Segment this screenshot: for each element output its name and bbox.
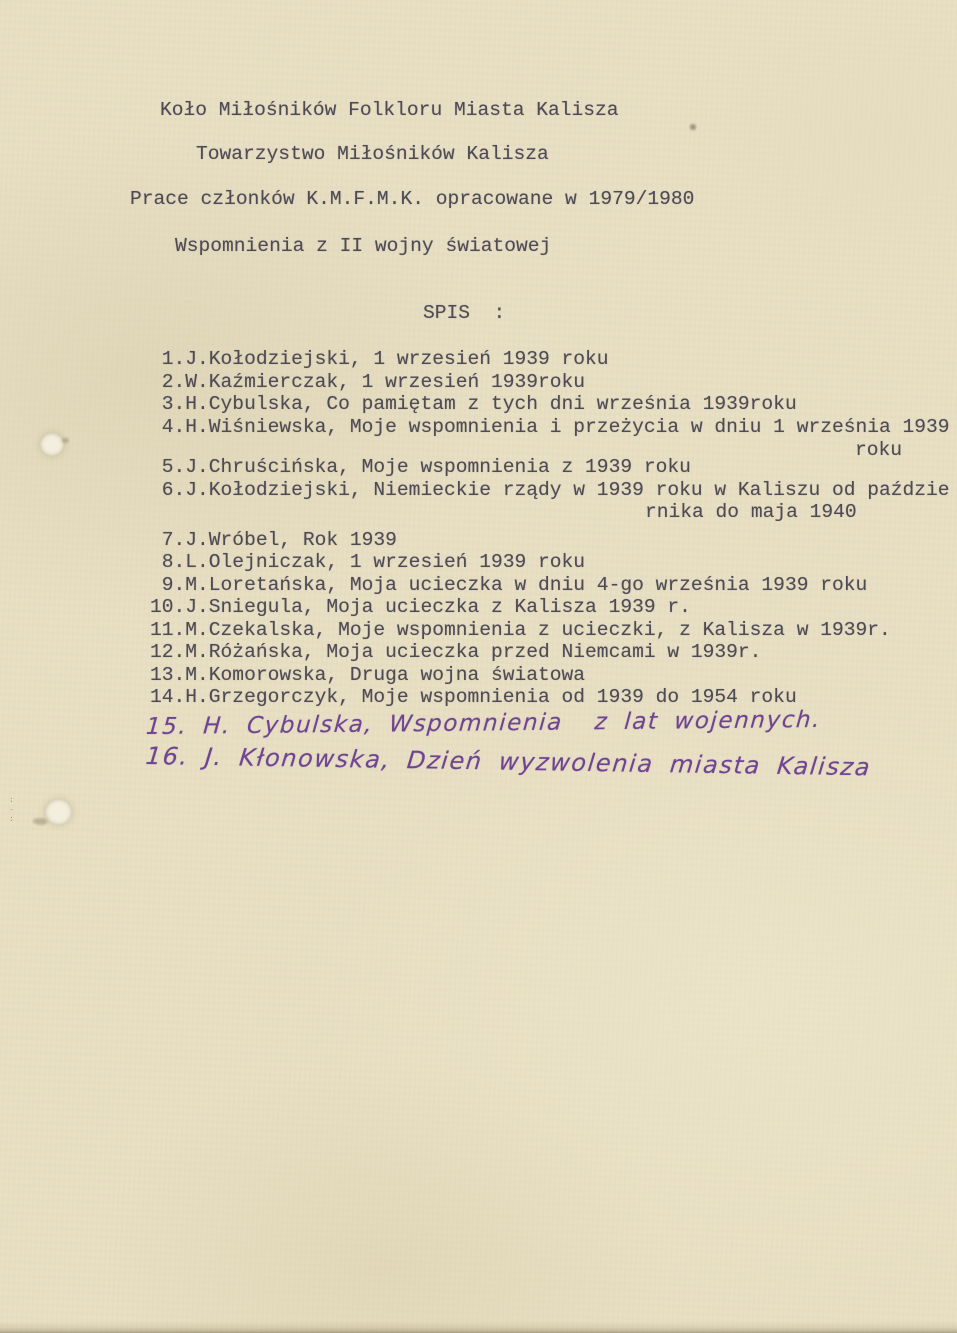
scan-bottom-edge-shadow — [0, 1321, 957, 1333]
section-title-spis: SPIS : — [423, 304, 505, 324]
toc-entry-6-continuation: rnika do maja 1940 — [645, 503, 857, 523]
toc-entry-6: 6.J.Kołodziejski, Niemieckie rządy w 193… — [150, 481, 950, 501]
hole-punch-bottom-smudge — [33, 818, 47, 825]
toc-entry-4: 4.H.Wiśniewska, Moje wspomnienia i przeż… — [150, 418, 950, 438]
toc-entry-1: 1.J.Kołodziejski, 1 wrzesień 1939 roku — [150, 350, 609, 370]
toc-entry-2: 2.W.Kaźmierczak, 1 wrzesień 1939roku — [150, 373, 585, 393]
hole-punch-top-smudge — [62, 438, 69, 443]
toc-entry-11: 11.M.Czekalska, Moje wspomnienia z uciec… — [150, 621, 891, 641]
header-line-subtitle: Wspomnienia z II wojny światowej — [175, 237, 551, 257]
toc-entry-12: 12.M.Różańska, Moja ucieczka przed Niemc… — [150, 643, 761, 663]
hole-punch-top — [40, 433, 64, 456]
header-line-works: Prace członków K.M.F.M.K. opracowane w 1… — [130, 190, 694, 210]
handwritten-toc-entry-15: 15. H. Cybulska, Wspomnienia z lat wojen… — [145, 709, 822, 739]
header-line-organization: Koło Miłośników Folkloru Miasta Kalisza — [160, 101, 619, 121]
toc-entry-13: 13.M.Komorowska, Druga wojna światowa — [150, 666, 585, 686]
scanned-document-page: Koło Miłośników Folkloru Miasta Kalisza … — [0, 0, 957, 1333]
toc-entry-10: 10.J.Sniegula, Moja ucieczka z Kalisza 1… — [150, 598, 691, 618]
toc-entry-9: 9.M.Loretańska, Moja ucieczka w dniu 4-g… — [150, 576, 867, 596]
toc-entry-7: 7.J.Wróbel, Rok 1939 — [150, 531, 397, 551]
toc-entry-8: 8.L.Olejniczak, 1 wrzesień 1939 roku — [150, 553, 585, 573]
toc-entry-5: 5.J.Chruścińska, Moje wspomnienia z 1939… — [150, 458, 691, 478]
hole-punch-bottom — [45, 799, 72, 825]
ink-speck — [690, 124, 696, 130]
toc-entry-3: 3.H.Cybulska, Co pamiętam z tych dni wrz… — [150, 395, 797, 415]
pencil-marks: :-: — [9, 795, 17, 835]
header-line-society: Towarzystwo Miłośników Kalisza — [196, 145, 549, 165]
toc-entry-14: 14.H.Grzegorczyk, Moje wspomnienia od 19… — [150, 688, 797, 708]
toc-entry-4-continuation: roku — [855, 441, 902, 461]
handwritten-toc-entry-16: 16. J. Kłonowska, Dzień wyzwolenia miast… — [145, 744, 873, 779]
